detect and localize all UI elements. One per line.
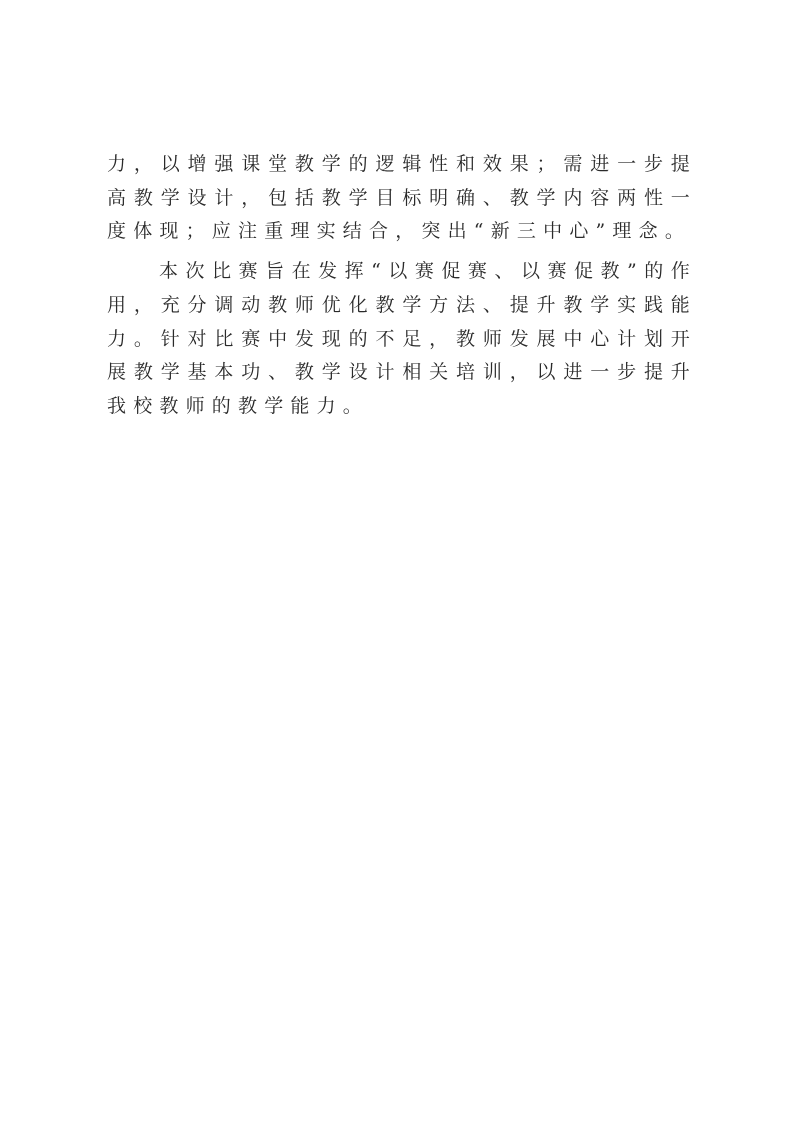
paragraph-summary: 本次比赛旨在发挥“以赛促赛、以赛促教”的作用，充分调动教师优化教学方法、提升教学… <box>107 255 697 424</box>
paragraph-continuation: 力，以增强课堂教学的逻辑性和效果；需进一步提高教学设计，包括教学目标明确、教学内… <box>107 148 697 249</box>
document-body: 力，以增强课堂教学的逻辑性和效果；需进一步提高教学设计，包括教学目标明确、教学内… <box>107 148 697 424</box>
document-page: 力，以增强课堂教学的逻辑性和效果；需进一步提高教学设计，包括教学目标明确、教学内… <box>0 0 793 1122</box>
